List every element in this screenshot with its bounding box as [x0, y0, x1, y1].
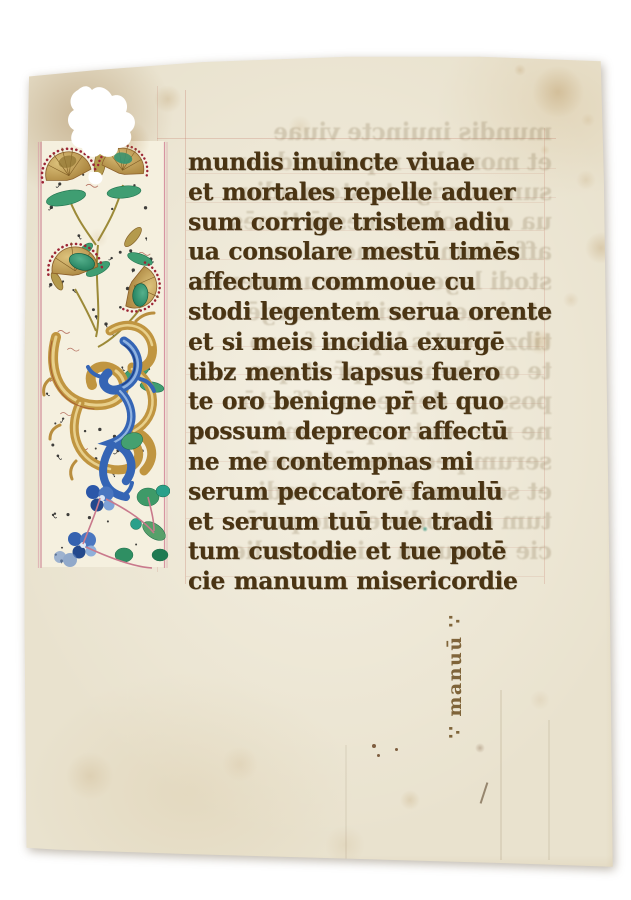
fox-stain — [532, 66, 584, 118]
vertical-catchword: ∵ manuū ∵ — [444, 596, 468, 756]
text-line: te oro benigne pr̄ et quo — [188, 387, 554, 417]
fox-stain — [66, 752, 114, 800]
text-line: sum corrige tristem adiu — [188, 207, 554, 237]
text-line: affectum commoue cu — [188, 267, 554, 297]
fox-stain — [325, 825, 365, 865]
show-through-line: mundis inuincte viuae — [180, 118, 552, 148]
text-line: et seruum tuū tue tradi — [188, 506, 554, 536]
text-line: et si meis incidia exurgē — [188, 327, 554, 357]
ink-speck — [372, 744, 376, 748]
dark-slash — [480, 782, 489, 804]
manuscript-text-block: mundis inuincte viuaeet mortales repelle… — [188, 147, 554, 596]
crease-line — [500, 690, 502, 860]
text-line: ua consolare mestū timēs — [188, 237, 554, 267]
text-line: tum custodie et tue potē — [188, 536, 554, 566]
fox-stain — [530, 690, 550, 710]
illuminated-floral-border — [36, 141, 170, 569]
fox-stain — [514, 64, 526, 76]
crease-line — [548, 720, 550, 860]
fox-stain — [581, 113, 595, 127]
text-line: tibz mentis lapsus fuero — [188, 357, 554, 387]
text-line: stodi legentem serua orente — [188, 297, 554, 327]
fox-stain — [563, 292, 579, 308]
text-line: ne me contempnas mi — [188, 446, 554, 476]
ink-speck — [395, 748, 398, 751]
crease-line — [345, 745, 347, 865]
text-line: mundis inuincte viuae — [188, 147, 554, 177]
fox-stain — [576, 170, 596, 190]
parchment-damage-hole — [60, 80, 150, 190]
fox-stain — [400, 790, 420, 810]
ink-speck — [377, 754, 380, 757]
fox-stain — [222, 746, 258, 782]
fox-stain — [154, 85, 182, 113]
photo-background: mundis inuincte viuaeet mortales repelle… — [0, 0, 631, 900]
text-line: possum deprecor affectū — [188, 417, 554, 447]
fox-stain — [475, 743, 485, 753]
text-line: cie manuum misericordie — [188, 566, 554, 596]
text-line: serum peccatorē famulū — [188, 476, 554, 506]
text-line: et mortales repelle aduer — [188, 177, 554, 207]
fox-stain — [585, 232, 617, 264]
